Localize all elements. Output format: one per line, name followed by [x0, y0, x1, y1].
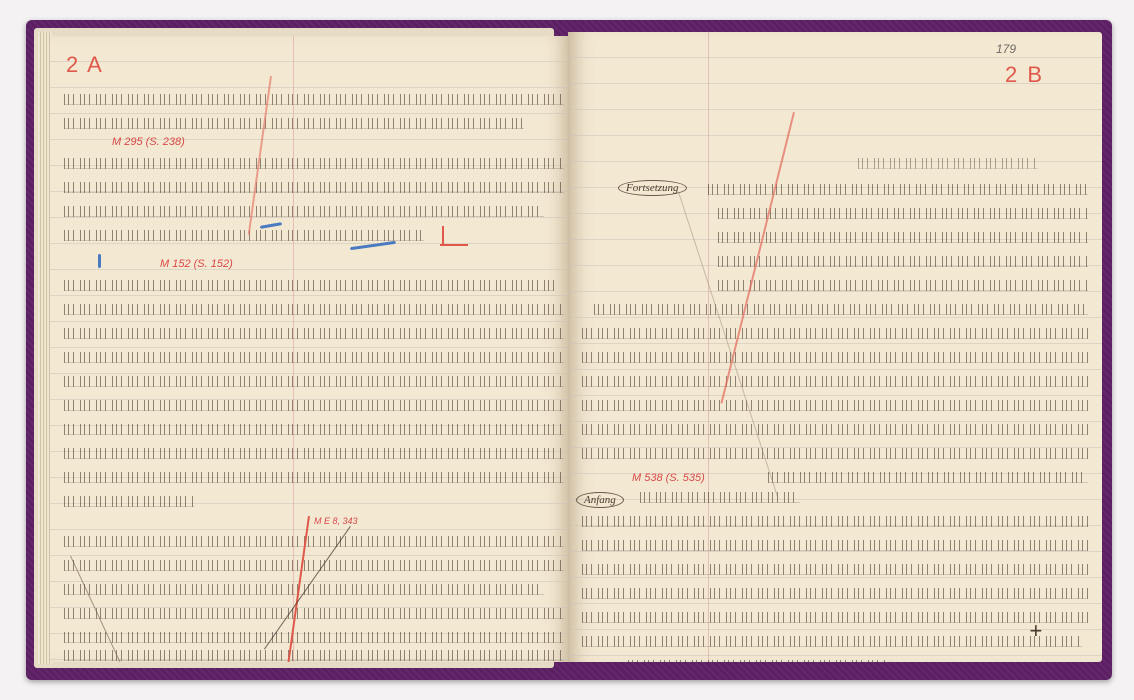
handwritten-line — [64, 304, 564, 315]
handwritten-line — [64, 424, 564, 435]
page-label-right: 2 B — [1005, 62, 1044, 88]
handwritten-line — [582, 328, 1088, 339]
handwritten-line — [582, 400, 1088, 411]
handwritten-line — [718, 232, 1088, 243]
handwritten-line — [64, 328, 564, 339]
handwritten-line — [594, 304, 1088, 315]
handwritten-line — [718, 256, 1088, 267]
handwritten-line — [64, 376, 564, 387]
handwritten-line — [582, 424, 1088, 435]
handwritten-line — [718, 280, 1088, 291]
handwritten-line — [64, 608, 564, 619]
reference-annotation: M 295 (S. 238) — [112, 136, 185, 148]
handwritten-line — [64, 632, 564, 643]
handwritten-line — [64, 158, 564, 169]
margin-tag-anfang: Anfang — [576, 492, 624, 508]
folio-number: 179 — [996, 42, 1016, 56]
handwritten-line — [582, 612, 1088, 623]
handwritten-line — [582, 376, 1088, 387]
interlinear-insertion — [858, 158, 1038, 169]
reference-annotation: M 152 (S. 152) — [160, 258, 233, 270]
red-mark — [440, 244, 468, 246]
handwritten-line — [64, 448, 564, 459]
handwritten-line — [64, 230, 424, 241]
handwritten-line — [64, 94, 564, 105]
reference-annotation: M 538 (S. 535) — [632, 472, 705, 484]
handwritten-line — [718, 208, 1088, 219]
reference-annotation: M E 8, 343 — [314, 516, 358, 526]
handwritten-line — [64, 472, 564, 483]
corner-mark: + — [1029, 618, 1042, 644]
handwritten-line — [64, 352, 564, 363]
handwritten-line — [582, 516, 1088, 527]
handwritten-line — [64, 206, 544, 217]
left-page: 2 A M 295 (S. 238) M 152 (S. 152) M E 8,… — [50, 36, 570, 662]
handwritten-line — [708, 184, 1088, 195]
handwritten-line — [582, 352, 1088, 363]
handwritten-line — [64, 536, 564, 547]
page-label-left: 2 A — [66, 52, 104, 78]
blue-mark — [98, 254, 101, 268]
margin-tag-fortsetzung: Fortsetzung — [618, 180, 687, 196]
handwritten-line — [582, 636, 1082, 647]
handwritten-line — [582, 448, 1088, 459]
handwritten-line — [64, 182, 564, 193]
handwritten-line — [582, 588, 1088, 599]
red-mark — [442, 226, 444, 244]
handwritten-line — [64, 560, 564, 571]
handwritten-line — [64, 118, 524, 129]
handwritten-line — [768, 472, 1088, 483]
handwritten-line — [582, 564, 1088, 575]
handwritten-line — [64, 400, 564, 411]
handwritten-line — [64, 650, 564, 661]
right-page: 179 2 B Fortsetzung M 538 (S. 535) Anfan… — [568, 32, 1102, 662]
handwritten-line — [64, 496, 194, 507]
handwritten-line — [628, 660, 888, 662]
handwritten-line — [64, 280, 554, 291]
handwritten-line — [582, 540, 1088, 551]
